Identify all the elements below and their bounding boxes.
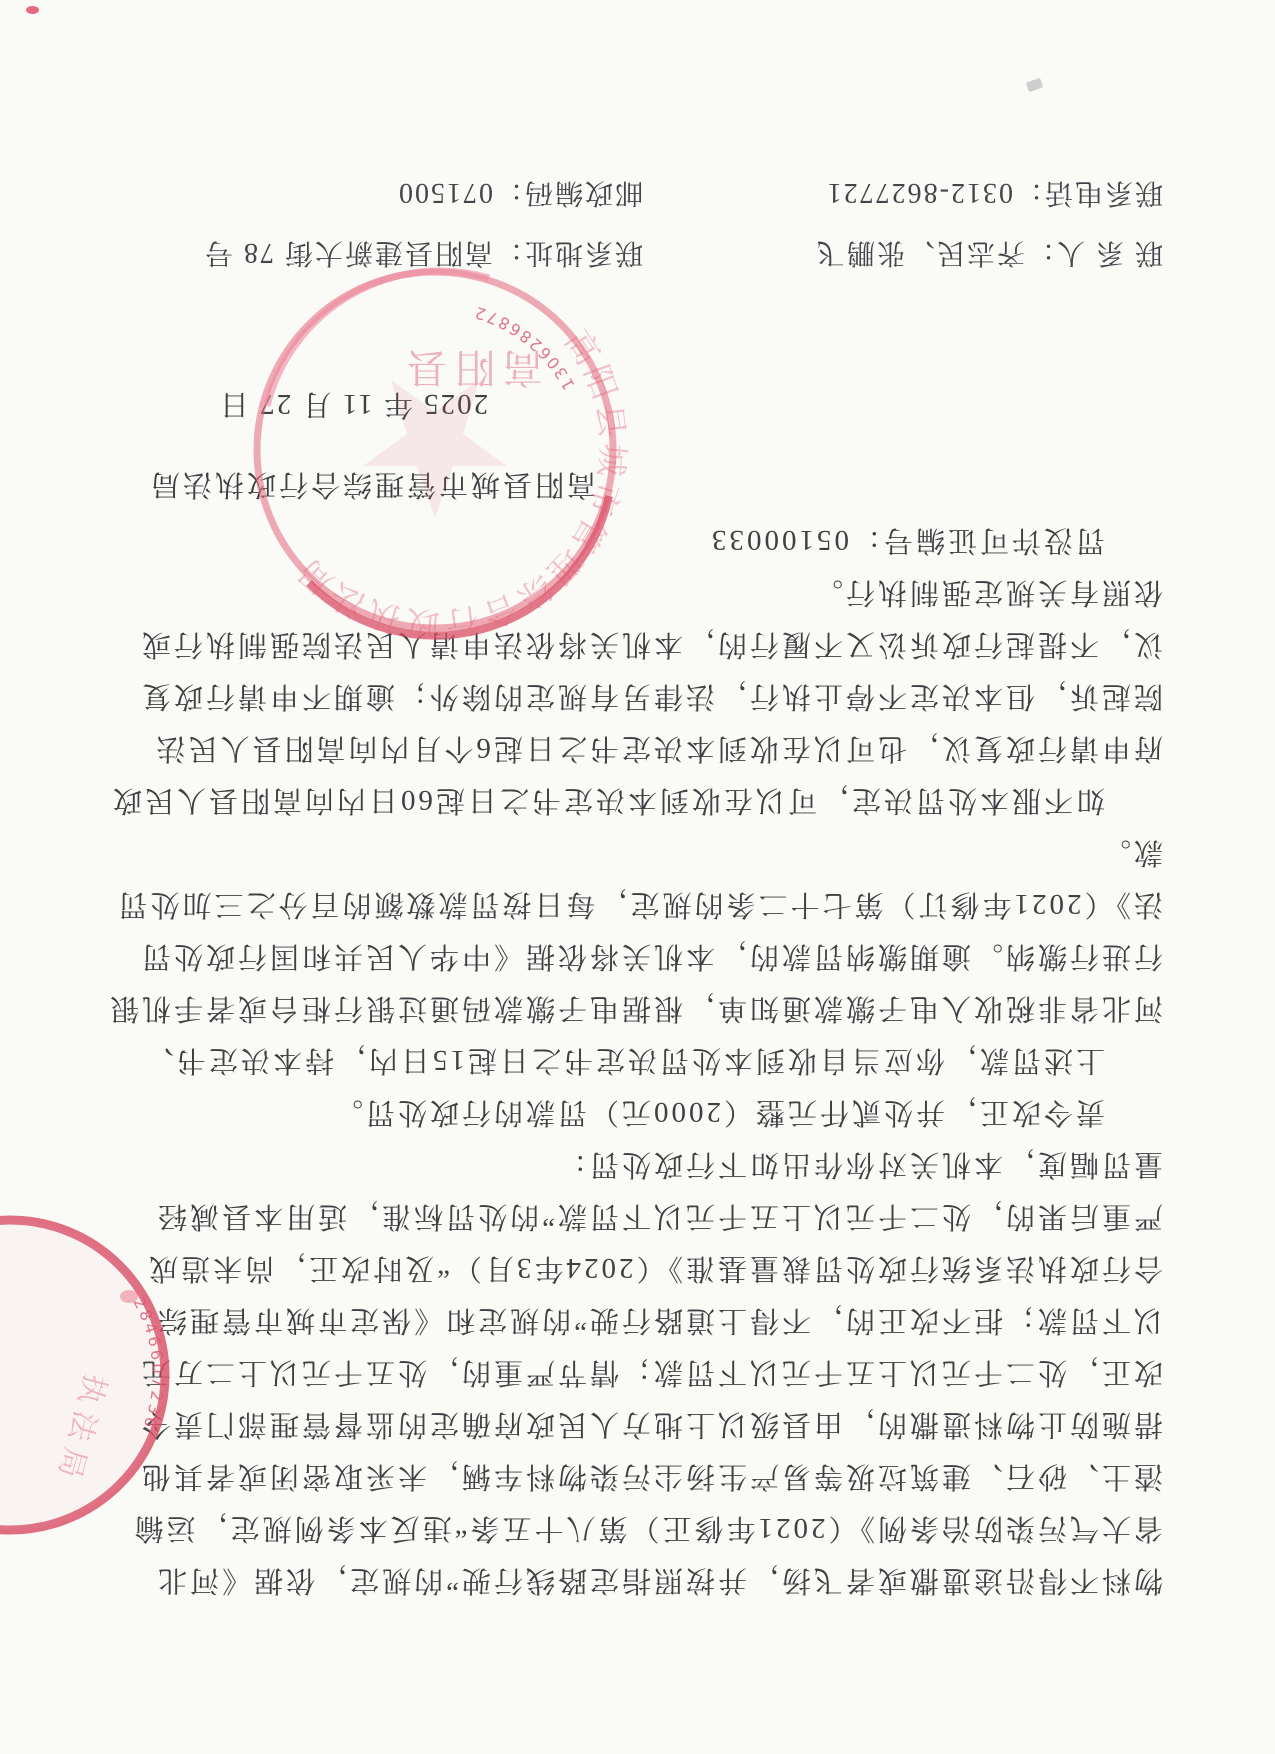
- body-line: 物料不得沿途遗撒或者飞扬，并按照指定路线行驶”的规定，依据《河北: [106, 1554, 1163, 1606]
- body-line: 改正，处二千元以上五千元以下罚款；情节严重的，处五千元以上二万元: [106, 1346, 1163, 1398]
- body-lines: 物料不得沿途遗撒或者飞扬，并按照指定路线行驶”的规定，依据《河北省大气污染防治条…: [106, 514, 1163, 1606]
- contact-postcode: 邮政编码：071500: [397, 162, 643, 222]
- body-line: 河北省非税收入电子缴款通知单，根据电子缴款码通过银行柜台或者手机银: [106, 982, 1163, 1034]
- body-line: 渣土、砂石、建筑垃圾等易产生扬尘污染物料车辆，未采取密闭或者其他: [106, 1450, 1163, 1502]
- body-line: 院起诉，但本决定不停止执行，法律另有规定的除外；逾期不申请行政复: [106, 670, 1163, 722]
- body-line: 依照有关规定强制执行。: [106, 566, 1163, 618]
- body-line: 行进行缴纳。逾期缴纳罚款的，本机关将依据《中华人民共和国行政处罚: [106, 930, 1163, 982]
- body-line: 议，不提起行政诉讼又不履行的，本机关将依法申请人民法院强制执行或: [106, 618, 1163, 670]
- contact-postcode-value: 071500: [397, 177, 493, 208]
- red-ink-speck: [26, 6, 39, 14]
- body-line: 措施防止物料遗撒的，由县级以上地方人民政府确定的监督管理部门责令: [106, 1398, 1163, 1450]
- contact-person-value: 齐志民、张鹏飞: [815, 237, 1025, 268]
- rotated-page-sheet: 物料不得沿途遗撒或者飞扬，并按照指定路线行驶”的规定，依据《河北省大气污染防治条…: [0, 0, 1275, 1754]
- contact-address: 联系地址：高阳县建新大街 78 号: [203, 222, 643, 282]
- scanned-document-page: { "page": { "background": "#fafaf7", "in…: [0, 0, 1275, 1754]
- body-line: 府申请行政复议，也可以在收到本决定书之日起6个月内向高阳县人民法: [106, 722, 1163, 774]
- body-line: 量罚幅度，本机关对你作出如下行政处罚：: [106, 1138, 1163, 1190]
- contact-block: 联 系 人：齐志民、张鹏飞 联系地址：高阳县建新大街 78 号 联系电话：031…: [106, 162, 1163, 282]
- document-body: 物料不得沿途遗撒或者飞扬，并按照指定路线行驶”的规定，依据《河北省大气污染防治条…: [106, 162, 1163, 1606]
- body-line: 省大气污染防治条例》（2021年修正）第八十五条“违反本条例规定，运输: [106, 1502, 1163, 1554]
- contact-phone-value: 0312-8627721: [826, 177, 1013, 208]
- body-line: 合行政执法系统行政处罚裁量基准》（2024年3月）“及时改正，尚未造成: [106, 1242, 1163, 1294]
- body-line: 款。: [106, 826, 1163, 878]
- body-line: 责令改正，并处贰仟元整（2000元）罚款的行政处罚。: [106, 1086, 1163, 1138]
- issuing-agency: 高阳县城市管理综合行政执法局: [106, 456, 1163, 512]
- body-line: 如不服本处罚决定，可以在收到本决定书之日起60日内向高阳县人民政: [106, 774, 1163, 826]
- body-line: 严重后果的，处二千元以上五千元以下罚款”的处罚标准，适用本县减轻: [106, 1190, 1163, 1242]
- contact-phone-label: 联系电话：: [1013, 177, 1163, 208]
- contact-person: 联 系 人：齐志民、张鹏飞: [643, 222, 1163, 282]
- contact-postcode-label: 邮政编码：: [493, 177, 643, 208]
- body-line: 以下罚款；拒不改正的，不得上道路行驶”的规定和《保定市城市管理综: [106, 1294, 1163, 1346]
- body-line: 法》（2021年修订）第七十二条的规定，每日按罚款数额的百分之三加处罚: [106, 878, 1163, 930]
- red-ink-smudge: [120, 1290, 138, 1303]
- contact-row-2: 联系电话：0312-8627721 邮政编码：071500: [106, 162, 1163, 222]
- body-line: 上述罚款，你应当自收到本处罚决定书之日起15日内，持本决定书、: [106, 1034, 1163, 1086]
- contact-phone: 联系电话：0312-8627721: [643, 162, 1163, 222]
- contact-address-value: 高阳县建新大街 78 号: [203, 237, 493, 268]
- contact-address-label: 联系地址：: [493, 237, 643, 268]
- decision-date: 2025 年 11 月 27 日: [106, 378, 1163, 430]
- body-line: 罚没许可证编号：05100033: [106, 514, 1163, 566]
- contact-person-label: 联 系 人：: [1025, 237, 1163, 268]
- signature-block: 高阳县城市管理综合行政执法局 2025 年 11 月 27 日: [106, 378, 1163, 512]
- partial-seal-side-text: 执法局: [50, 1370, 111, 1489]
- contact-row-1: 联 系 人：齐志民、张鹏飞 联系地址：高阳县建新大街 78 号: [106, 222, 1163, 282]
